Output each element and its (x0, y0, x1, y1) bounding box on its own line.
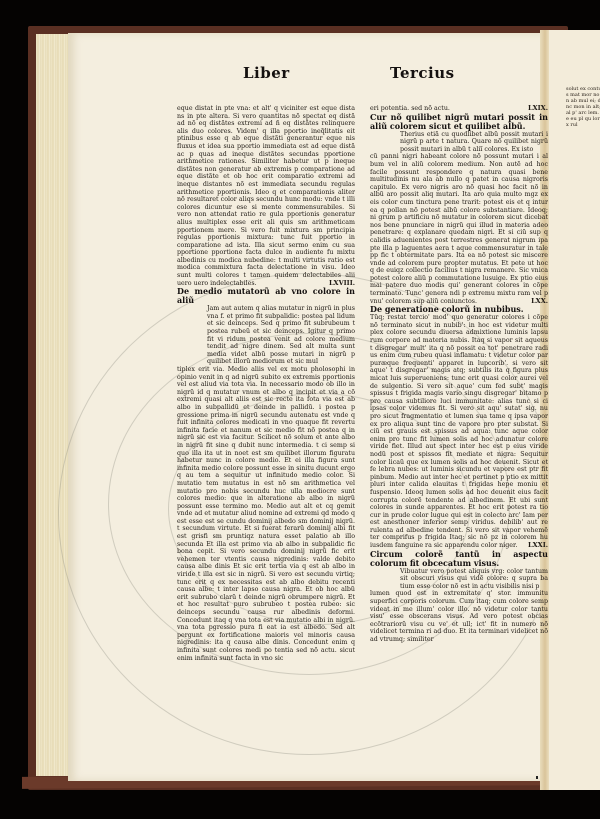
chapter-heading: Circum colorẽ tantũ in aspectu colorum f… (370, 550, 548, 568)
facing-page-text: solut ex contur s mat mor no tn ab mul e… (566, 86, 600, 128)
page-edges (36, 34, 72, 776)
right-column: eri potentia. sed nõ actu. LXIX. Cur nõ … (370, 105, 548, 644)
left-column: eque distat in pte vna: et alt' q vicini… (177, 105, 355, 662)
paragraph: Therius etiã cu quodlibet albũ possit mu… (370, 131, 548, 154)
ink-speck (536, 776, 538, 779)
paragraph: eque distat in pte vna: et alt' q vicini… (177, 105, 355, 287)
running-head-right: Tercius (390, 64, 455, 82)
paragraph: tiplex erit via. Medio aliis vel ex motu… (177, 366, 355, 662)
running-head-left: Liber (243, 64, 290, 82)
paragraph: Jam aut autem q alias mutatur in nigrũ i… (177, 305, 355, 366)
chapter-heading: Cur nõ quilibet nigrũ mutari possit in a… (370, 113, 548, 131)
paragraph: cũ panni nigri habeant colore nõ possunt… (370, 153, 548, 305)
chapter-number: LXX. (531, 298, 548, 306)
chapter-heading: De medio mutatorũ ab vno colore in aliũ (177, 287, 355, 305)
chapter-heading: De generatione colorũ in nubibus. (370, 305, 548, 314)
paragraph: Vibuatur vero potest aliquis vrg: color … (370, 568, 548, 591)
facing-page (549, 30, 600, 790)
paragraph: lumen quod est in extremitate q' stor. i… (370, 590, 548, 643)
paragraph: Tũq; restat tercio' mod' quo generatur c… (370, 314, 548, 549)
